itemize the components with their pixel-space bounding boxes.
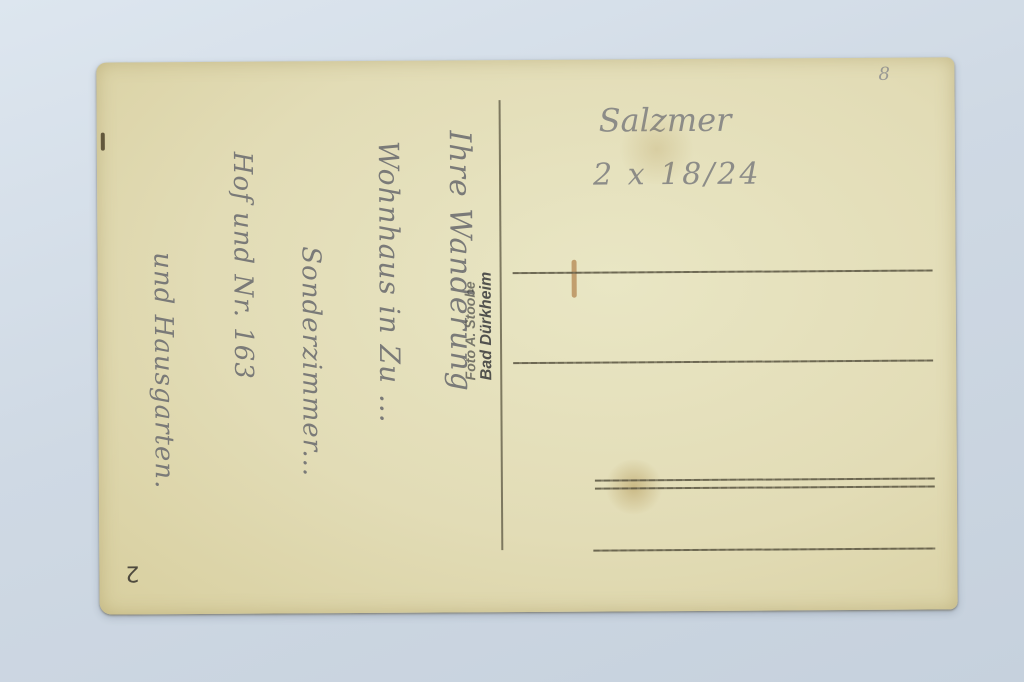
corner-number: 2 — [125, 560, 139, 585]
edge-stain — [101, 133, 105, 151]
pencil-number-top: 8 — [878, 64, 890, 85]
faint-stain — [617, 114, 697, 184]
address-line-2 — [513, 360, 933, 364]
rust-stain — [572, 260, 577, 298]
handwriting-line-5: und Hausgarten. — [147, 252, 178, 489]
photographer-stamp: Foto A. Stoobe Bad Dürkheim — [463, 272, 497, 381]
vertical-divider-line — [499, 100, 503, 550]
stamp-line-1: Foto A. Stoobe — [463, 272, 479, 381]
postcard-back: 8 Ihre Wanderung Wohnhaus in Zu ... Sond… — [96, 57, 957, 614]
address-line-4 — [593, 548, 935, 552]
stamp-line-2: Bad Dürkheim — [478, 272, 496, 381]
handwriting-line-4: Hof und Nr. 163 — [227, 152, 258, 380]
handwriting-line-3: Sonderzimmer... — [295, 246, 326, 477]
handwriting-line-2: Wohnhaus in Zu ... — [372, 141, 407, 424]
